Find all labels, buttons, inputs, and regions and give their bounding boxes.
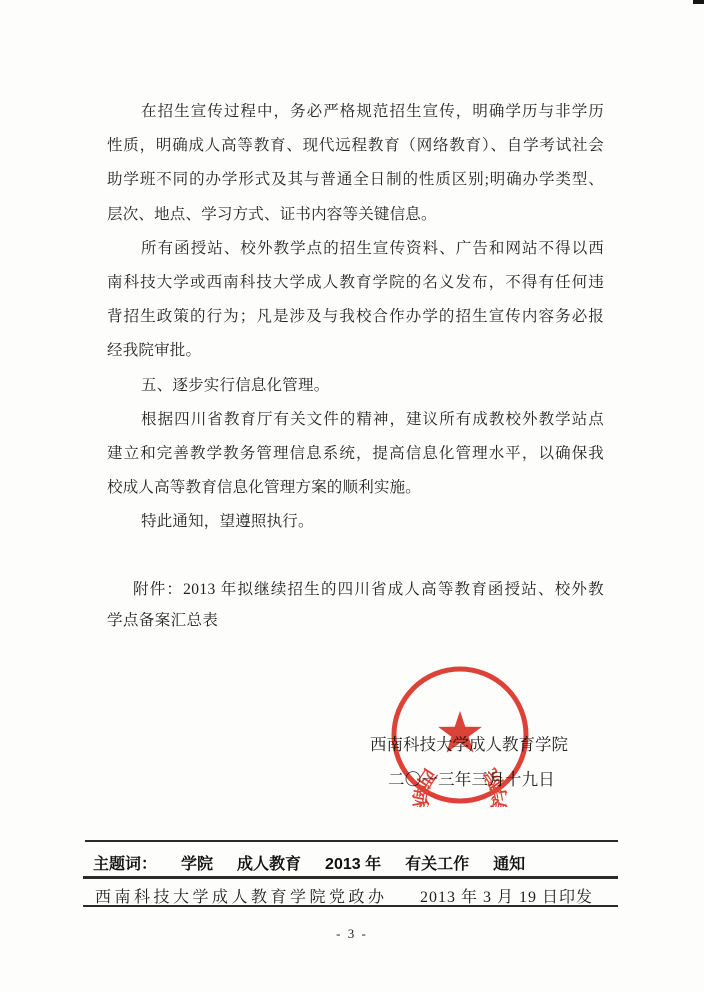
attachment-line: 学点备案汇总表: [107, 605, 604, 636]
keywords-label: 主题词：: [93, 856, 157, 873]
body-line: 性质，明确成人高等教育、现代远程教育（网络教育）、自学考试社会: [107, 129, 604, 163]
keyword: 有关工作: [405, 856, 469, 873]
body-closing-line: 特此通知，望遵照执行。: [107, 505, 604, 539]
attachment-note: 附件：2013 年拟继续招生的四川省成人高等教育函授站、校外教 学点备案汇总表: [107, 574, 604, 636]
body-section-heading: 五、逐步实行信息化管理。: [107, 369, 604, 403]
subject-keywords-row: 主题词：学院成人教育2013 年有关工作通知: [93, 851, 618, 874]
official-seal: 西南科技大学成人教育学院: [388, 663, 532, 807]
body-line: 在招生宣传过程中，务必严格规范招生宣传，明确学历与非学历: [107, 95, 604, 129]
seal-star-icon: [438, 711, 482, 753]
footer-rule-middle: [83, 876, 618, 879]
notice-body: 在招生宣传过程中，务必严格规范招生宣传，明确学历与非学历 性质，明确成人高等教育…: [107, 95, 604, 539]
page-number: - 3 -: [0, 926, 704, 942]
body-line: 根据四川省教育厅有关文件的精神，建议所有成教校外教学站点: [107, 403, 604, 437]
body-line: 南科技大学或西南科技大学成人教育学院的名义发布，不得有任何违: [107, 266, 604, 300]
document-page: 在招生宣传过程中，务必严格规范招生宣传，明确学历与非学历 性质，明确成人高等教育…: [0, 0, 704, 992]
footer-rule-bottom: [83, 905, 618, 907]
body-line: 经我院审批。: [107, 334, 604, 368]
keyword: 2013 年: [325, 856, 381, 873]
issuing-office: 西南科技大学成人教育学院党政办: [95, 884, 388, 907]
keyword: 成人教育: [237, 856, 301, 873]
body-line: 助学班不同的办学形式及其与普通全日制的性质区别;明确办学类型、: [107, 163, 604, 197]
scan-artifact: [693, 0, 704, 4]
body-line: 背招生政策的行为；凡是涉及与我校合作办学的招生宣传内容务必报: [107, 300, 604, 334]
body-line: 建立和完善教学教务管理信息系统，提高信息化管理水平，以确保我: [107, 437, 604, 471]
print-date: 2013 年 3 月 19 日印发: [420, 884, 593, 907]
body-line: 所有函授站、校外教学点的招生宣传资料、广告和网站不得以西: [107, 232, 604, 266]
keyword: 学院: [181, 856, 213, 873]
keyword: 通知: [493, 856, 525, 873]
footer-rule-top: [85, 840, 618, 842]
body-line: 校成人高等教育信息化管理方案的顺利实施。: [107, 471, 604, 505]
attachment-line: 附件：2013 年拟继续招生的四川省成人高等教育函授站、校外教: [107, 574, 604, 605]
body-line: 层次、地点、学习方式、证书内容等关键信息。: [107, 198, 604, 232]
